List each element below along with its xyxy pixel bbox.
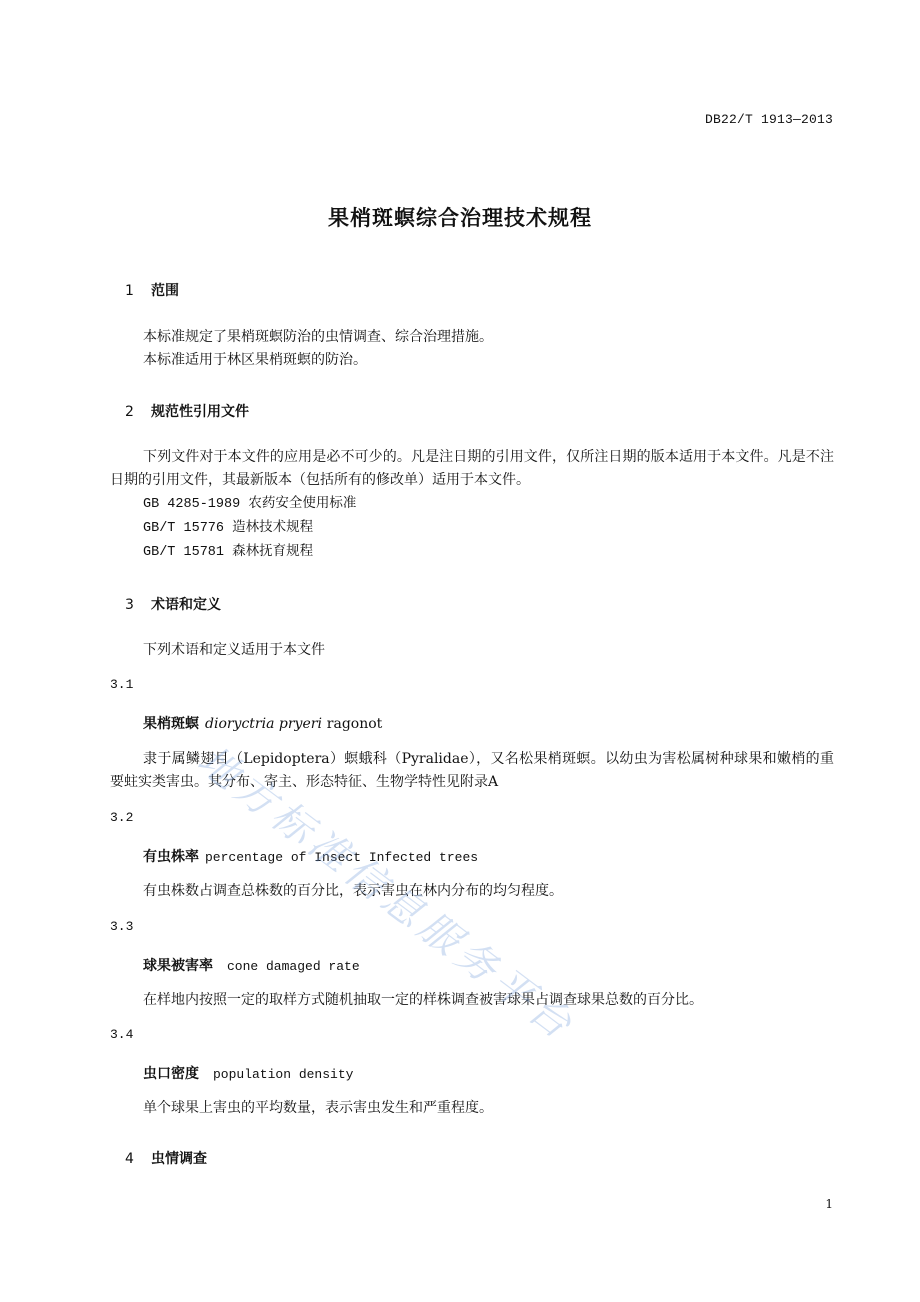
page-number: 1 bbox=[825, 1197, 833, 1211]
term-definition: 在样地内按照一定的取样方式随机抽取一定的样株调查被害球果占调查球果总数的百分比。 bbox=[143, 989, 703, 1011]
clause-number: 3.3 bbox=[110, 919, 133, 934]
term-en: ragonot bbox=[327, 716, 383, 732]
section-title: 范围 bbox=[151, 283, 179, 299]
reference-item: GB/T 15781 森林抚育规程 bbox=[143, 542, 313, 564]
section-number: 1 bbox=[125, 283, 151, 299]
section-title: 规范性引用文件 bbox=[151, 404, 249, 420]
document-code: DB22/T 1913—2013 bbox=[705, 112, 833, 127]
term-3-3: 球果被害率cone damaged rate bbox=[143, 955, 360, 975]
section-4-heading: 4虫情调查 bbox=[125, 1148, 207, 1168]
clause-number: 3.4 bbox=[110, 1027, 133, 1042]
reference-item: GB 4285-1989 农药安全使用标准 bbox=[143, 494, 356, 516]
term-3-2: 有虫株率percentage of Insect Infected trees bbox=[143, 846, 478, 866]
term-definition: 单个球果上害虫的平均数量，表示害虫发生和严重程度。 bbox=[143, 1097, 493, 1119]
section-1-heading: 1范围 bbox=[125, 280, 179, 300]
section-3-heading: 3术语和定义 bbox=[125, 594, 221, 614]
term-3-1: 果梢斑螟dioryctria pryeri ragonot bbox=[143, 713, 382, 733]
section-number: 4 bbox=[125, 1151, 151, 1167]
paragraph: 下列文件对于本文件的应用是必不可少的。凡是注日期的引用文件，仅所注日期的版本适用… bbox=[110, 446, 834, 492]
term-3-4: 虫口密度population density bbox=[143, 1063, 353, 1083]
term-definition: 隶于属鳞翅目（Lepidoptera）螟蛾科（Pyralidae），又名松果梢斑… bbox=[110, 748, 834, 794]
section-number: 3 bbox=[125, 597, 151, 613]
section-title: 术语和定义 bbox=[151, 597, 221, 613]
section-2-heading: 2规范性引用文件 bbox=[125, 401, 249, 421]
section-number: 2 bbox=[125, 404, 151, 420]
document-title: 果梢斑螟综合治理技术规程 bbox=[0, 202, 920, 232]
section-title: 虫情调查 bbox=[151, 1151, 207, 1167]
term-zh: 有虫株率 bbox=[143, 849, 199, 865]
term-zh: 虫口密度 bbox=[143, 1066, 199, 1082]
term-en: percentage of Insect Infected trees bbox=[205, 850, 478, 865]
reference-item: GB/T 15776 造林技术规程 bbox=[143, 518, 313, 540]
paragraph: 本标准规定了果梢斑螟防治的虫情调查、综合治理措施。 bbox=[143, 326, 493, 348]
paragraph: 下列术语和定义适用于本文件 bbox=[143, 639, 325, 661]
term-zh: 球果被害率 bbox=[143, 958, 213, 974]
paragraph: 本标准适用于林区果梢斑螟的防治。 bbox=[143, 349, 367, 371]
clause-number: 3.1 bbox=[110, 677, 133, 692]
document-page: DB22/T 1913—2013 果梢斑螟综合治理技术规程 1范围 本标准规定了… bbox=[0, 0, 920, 1302]
term-zh: 果梢斑螟 bbox=[143, 716, 199, 732]
term-definition: 有虫株数占调查总株数的百分比，表示害虫在林内分布的均匀程度。 bbox=[143, 880, 563, 902]
term-en: cone damaged rate bbox=[227, 959, 360, 974]
term-en-italic: dioryctria pryeri bbox=[205, 716, 322, 732]
term-en: population density bbox=[213, 1067, 353, 1082]
clause-number: 3.2 bbox=[110, 810, 133, 825]
